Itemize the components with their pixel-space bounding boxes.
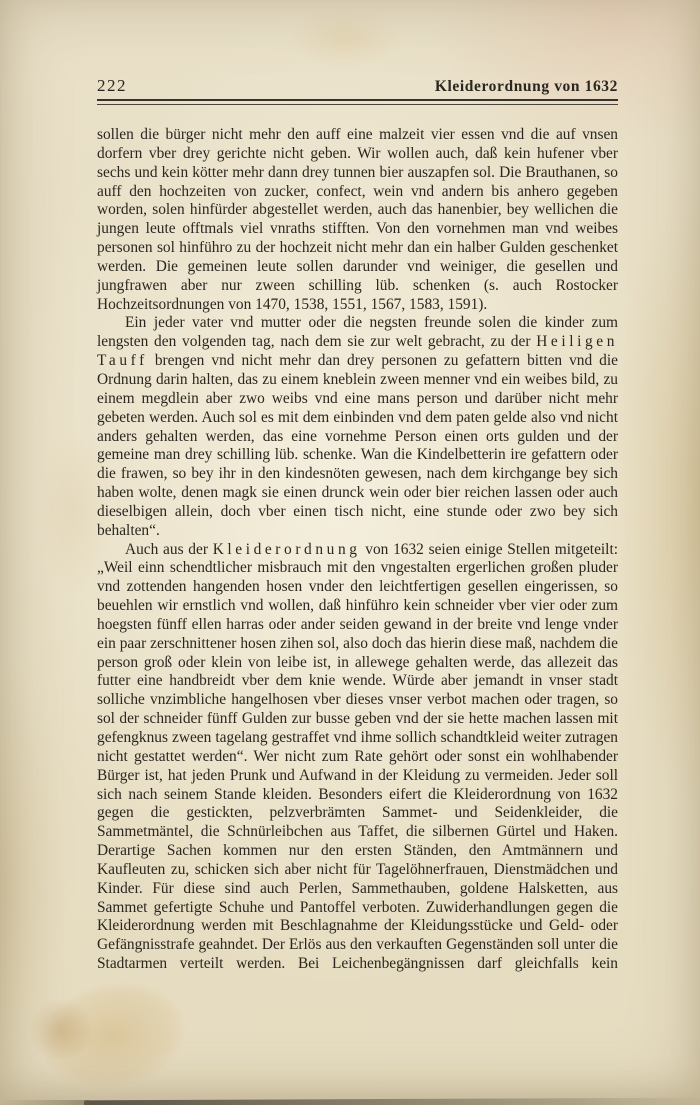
- text-segment: brengen vnd nicht mehr dan drey personen…: [97, 352, 618, 539]
- book-page-scan: 222 Kleiderordnung von 1632 sollen die b…: [0, 0, 700, 1105]
- paper-stain: [26, 1000, 96, 1060]
- scan-edge-shadow: [84, 1098, 700, 1105]
- paragraph: Ein jeder vater vnd mutter oder die negs…: [97, 314, 618, 540]
- paragraph: Auch aus der Kleiderordnung von 1632 sei…: [97, 541, 618, 974]
- paragraph: sollen die bürger nicht mehr den auff ei…: [97, 126, 618, 314]
- letterspaced-text: Kleiderordnung: [213, 541, 361, 558]
- page-number: 222: [97, 76, 127, 96]
- paper-stain: [290, 8, 400, 68]
- header-rule-bottom: [97, 104, 618, 105]
- text-segment: von 1632 seien einige Stellen mitgeteilt…: [97, 541, 618, 973]
- header-rule-top: [97, 99, 618, 101]
- running-title: Kleiderordnung von 1632: [435, 78, 618, 96]
- body-text: sollen die bürger nicht mehr den auff ei…: [97, 126, 618, 974]
- page-header: 222 Kleiderordnung von 1632: [97, 76, 618, 96]
- scan-edge-shadow: [0, 1100, 90, 1105]
- text-segment: sollen die bürger nicht mehr den auff ei…: [97, 126, 618, 313]
- text-segment: Auch aus der: [125, 541, 213, 558]
